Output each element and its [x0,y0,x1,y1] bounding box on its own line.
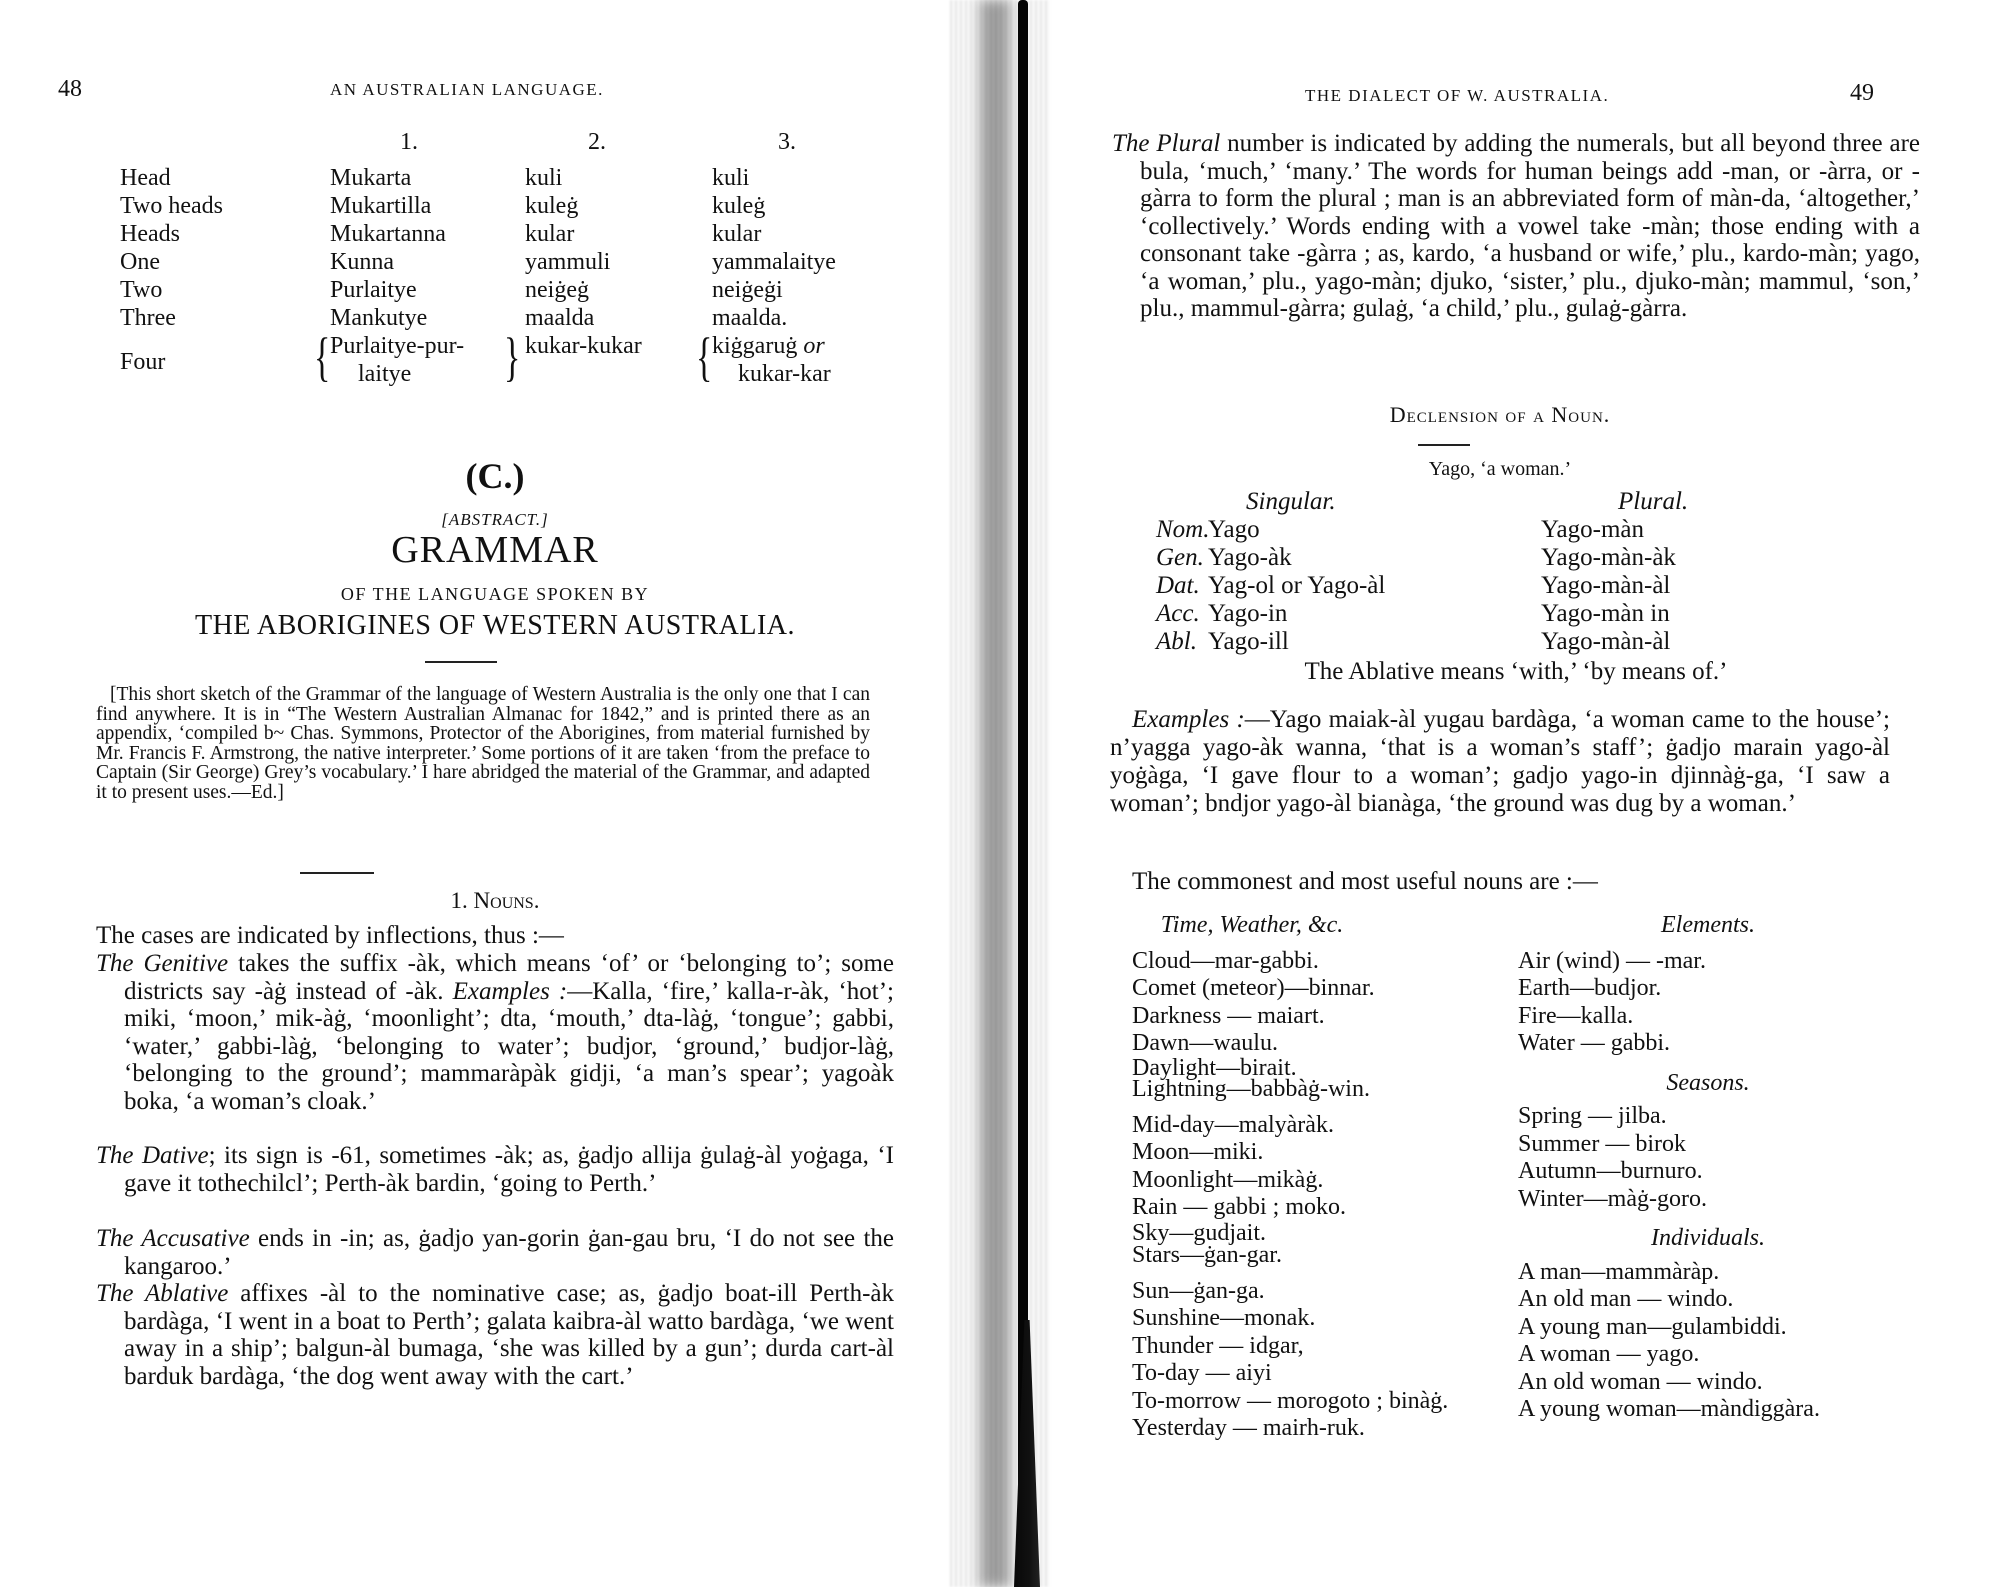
table-row: Two Purlaitye neiġeġ neiġeġi [120,276,880,304]
singular-form: Yago [1208,516,1260,544]
cell: kuleġ [712,192,765,221]
case-label: The Ablative [96,1280,228,1307]
cell: Purlaitye [330,276,417,305]
table-row: Abl. Yago-ill Yago-màn-àl [1156,628,1876,656]
column-header: 1. [400,128,418,157]
plural-form: Yago-màn-àl [1541,572,1670,600]
page-number: 48 [58,76,82,103]
cell: kukar-kar [738,360,831,389]
table-row: Nom. Yago Yago-màn [1156,516,1876,544]
nouns-intro: The cases are indicated by inflections, … [96,922,876,950]
cell: kular [525,220,574,249]
list-item: Rain — gabbi ; moko. [1132,1194,1492,1222]
cell: neiġeġi [712,276,783,305]
cell: kukar-kukar [525,332,642,361]
brace-icon: { [696,335,712,383]
cell: Mankutye [330,304,427,333]
singular-form: Yago-àk [1208,544,1292,572]
cell: maalda [525,304,594,333]
list-item: Moonlight—mikàġ. [1132,1167,1492,1195]
cell: Kunna [330,248,394,277]
ablative-paragraph: The Ablative affixes -àl to the nominati… [96,1280,894,1390]
list-item: To-morrow — morogoto ; binàġ. [1132,1388,1492,1416]
vocab-heading: Seasons. [1518,1070,1898,1098]
list-item: A young woman—màndiggàra. [1518,1396,1898,1424]
genitive-paragraph: The Genitive takes the suffix -àk, which… [96,950,894,1115]
row-label: Three [120,304,176,333]
declension-heading-text: Declension of a Noun. [1390,402,1611,427]
vocab-heading: Individuals. [1518,1225,1898,1253]
vocab-heading: Elements. [1518,912,1898,940]
examples-label: Examples : [453,978,568,1005]
list-item: Thunder — idgar, [1132,1333,1492,1361]
brace-icon: { [314,335,330,383]
list-item: Water — gabbi. [1518,1030,1898,1058]
row-label: One [120,248,160,277]
list-item: Darkness — maiart. [1132,1003,1492,1031]
list-item: Summer — birok [1518,1131,1898,1159]
cell: kuli [712,164,749,193]
list-item: Yesterday — mairh-ruk. [1132,1415,1492,1443]
list-item: Mid-day—malyàràk. [1132,1112,1492,1140]
abstract-label: [ABSTRACT.] [30,510,960,530]
list-item: Sunshine—monak. [1132,1305,1492,1333]
case-text: ; its sign is -61, sometimes -àk; as, ġa… [124,1142,894,1197]
cell: yammuli [525,248,610,277]
left-page: 48 AN AUSTRALIAN LANGUAGE. 1. 2. 3. Head… [0,0,930,1587]
or-word: or [803,333,824,359]
running-head: AN AUSTRALIAN LANGUAGE. [330,80,604,100]
row-label: Two heads [120,192,223,221]
section-heading-text: 1. Nouns. [451,888,540,913]
singular-form: Yago-ill [1208,628,1289,656]
vocab-right-column: Elements. Air (wind) — -mar. Earth—budjo… [1518,912,1898,1424]
cell: kular [712,220,761,249]
plural-text: number is indicated by adding the numera… [1140,130,1920,322]
row-label: Four [120,348,165,377]
case-label: The Genitive [96,950,228,977]
row-label: Head [120,164,171,193]
running-head: THE DIALECT OF W. AUSTRALIA. [1305,86,1609,106]
case-abbrev: Dat. [1156,572,1200,600]
list-item: Sky—gudjait. [1132,1222,1492,1244]
divider [425,661,497,663]
cell: Mukarta [330,164,411,193]
list-item: A young man—gulambiddi. [1518,1314,1898,1342]
list-item: Sun—ġan-ga. [1132,1278,1492,1306]
list-item: Autumn—burnuro. [1518,1158,1898,1186]
cell: Mukartanna [330,220,446,249]
case-label: The Dative [96,1142,209,1169]
column-header: Singular. [1246,488,1336,516]
table-row: Two heads Mukartilla kuleġ kuleġ [120,192,880,220]
section-letter: (C.) [30,455,960,497]
singular-form: Yag-ol or Yago-àl [1208,572,1385,600]
document-subtitle: OF THE LANGUAGE SPOKEN BY [30,584,960,605]
cell: laitye [358,360,411,389]
gutter-shadow [980,0,1010,1587]
table-row: One Kunna yammuli yammalaitye [120,248,880,276]
plural-form: Yago-màn-àk [1541,544,1676,572]
list-item: A man—mammàràp. [1518,1259,1898,1287]
column-header: Plural. [1618,488,1688,516]
list-item: Earth—budjor. [1518,975,1898,1003]
cell: kuleġ [525,192,578,221]
vocab-time-weather: Time, Weather, &c. Cloud—mar-gabbi. Come… [1132,912,1492,1443]
cell: yammalaitye [712,248,836,277]
table-row: Heads Mukartanna kular kular [120,220,880,248]
case-abbrev: Abl. [1156,628,1197,656]
divider [1418,444,1470,446]
examples-paragraph: Examples :—Yago maiak-àl yugau bardàga, … [1110,706,1890,818]
page-number: 49 [1850,80,1874,107]
row-label: Heads [120,220,180,249]
plural-form: Yago-màn-àl [1541,628,1670,656]
column-header: 2. [588,128,606,157]
accusative-paragraph: The Accusative ends in -in; as, ġadjo ya… [96,1225,894,1280]
case-text: affixes -àl to the nominative case; as, … [124,1280,894,1390]
plural-form: Yago-màn in [1541,600,1670,628]
list-item: Stars—ġan-gar. [1132,1244,1492,1266]
singular-form: Yago-in [1208,600,1287,628]
section-heading: 1. Nouns. [30,888,960,914]
declension-heading: Declension of a Noun. [1070,402,1930,428]
case-abbrev: Gen. [1156,544,1204,572]
cell: maalda. [712,304,787,333]
cell: neiġeġ [525,276,589,305]
list-item: Daylight—birait. [1132,1058,1492,1078]
table-row: Three Mankutye maalda maalda. [120,304,880,332]
cell: kuli [525,164,562,193]
brace-icon: } [504,335,520,383]
document-title: GRAMMAR [30,528,960,572]
case-abbrev: Nom. [1156,516,1209,544]
examples-label: Examples : [1132,706,1245,733]
vocab-heading: Time, Weather, &c. [1132,912,1372,940]
plural-paragraph: The Plural number is indicated by adding… [1112,130,1920,323]
declension-word: Yago, ‘a woman.’ [1070,458,1930,481]
nouns-intro: The commonest and most useful nouns are … [1132,868,1912,896]
list-item: Air (wind) — -mar. [1518,948,1898,976]
list-item: Spring — jilba. [1518,1103,1898,1131]
column-header: 3. [778,128,796,157]
case-abbrev: Acc. [1156,600,1200,628]
case-label: The Accusative [96,1225,250,1252]
row-label: Two [120,276,162,305]
dative-paragraph: The Dative; its sign is -61, sometimes -… [96,1142,894,1197]
list-item: To-day — aiyi [1132,1360,1492,1388]
table-row: Dat. Yag-ol or Yago-àl Yago-màn-àl [1156,572,1876,600]
list-item: Dawn—waulu. [1132,1030,1492,1058]
table-row: Four { Purlaitye-pur- laitye } kukar-kuk… [120,332,880,392]
list-item: Fire—kalla. [1518,1003,1898,1031]
table-row: Acc. Yago-in Yago-màn in [1156,600,1876,628]
list-item: A woman — yago. [1518,1341,1898,1369]
plural-label: The Plural [1112,130,1220,157]
list-item: An old woman — windo. [1518,1369,1898,1397]
divider [300,872,374,874]
list-item: An old man — windo. [1518,1286,1898,1314]
editor-note: [This short sketch of the Grammar of the… [96,685,870,802]
list-item: Comet (meteor)—binnar. [1132,975,1492,1003]
cell: Purlaitye-pur- [330,332,464,361]
list-item: Cloud—mar-gabbi. [1132,948,1492,976]
right-page: THE DIALECT OF W. AUSTRALIA. 49 The Plur… [1070,0,2000,1587]
ablative-note: The Ablative means ‘with,’ ‘by means of.… [1156,658,1876,686]
table-row: Gen. Yago-àk Yago-màn-àk [1156,544,1876,572]
document-subtitle-main: THE ABORIGINES OF WESTERN AUSTRALIA. [30,610,960,642]
list-item: Lightning—babbàġ-win. [1132,1078,1492,1100]
list-item: Winter—màġ-goro. [1518,1186,1898,1214]
table-row: Head Mukarta kuli kuli [120,164,880,192]
cell: Mukartilla [330,192,431,221]
cell: kiġgaruġ or [712,332,825,361]
plural-form: Yago-màn [1541,516,1644,544]
cell-text: kiġgaruġ [712,333,797,359]
list-item: Moon—miki. [1132,1139,1492,1167]
book-gutter [930,0,1070,1587]
